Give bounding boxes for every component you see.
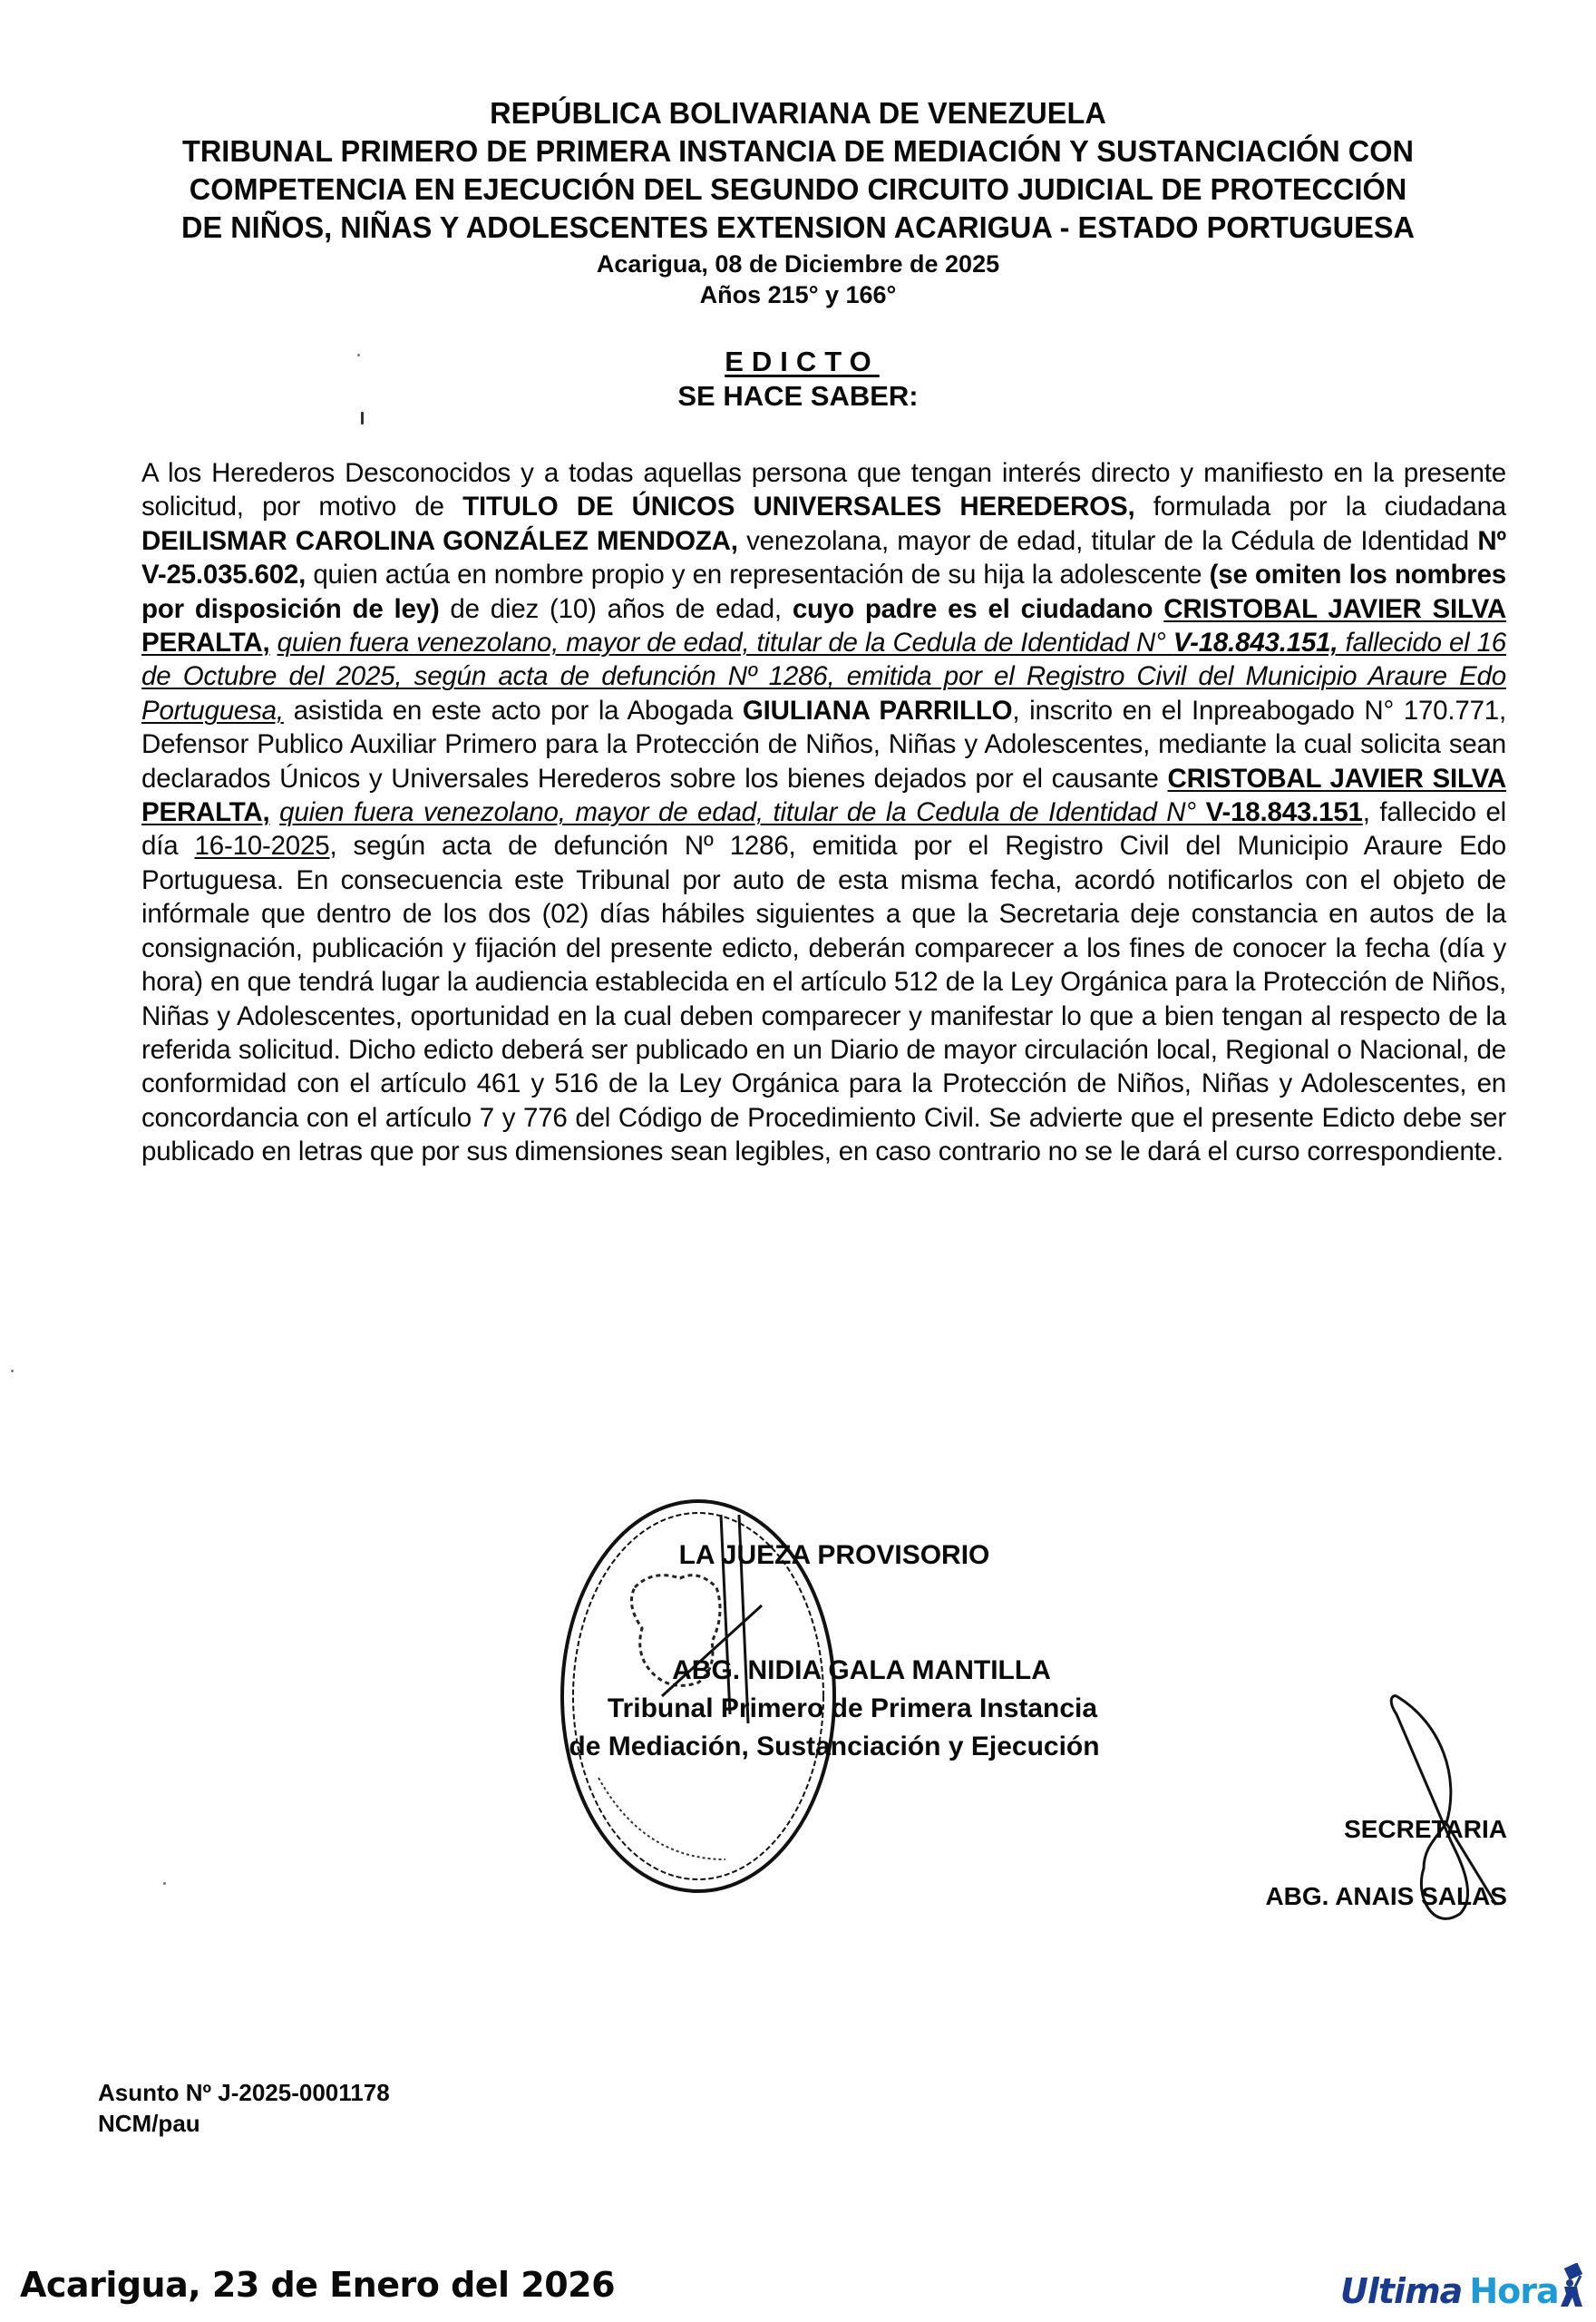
body-segment: de diez (10) años de edad, bbox=[440, 594, 793, 624]
edict-subtitle: SE HACE SABER: bbox=[0, 379, 1596, 414]
publication-date: Acarigua, 23 de Enero del 2026 bbox=[20, 2265, 615, 2305]
body-segment: asistida en este acto por la Abogada bbox=[284, 696, 743, 726]
ultima-hora-logo: Ultima Hora bbox=[1340, 2265, 1588, 2310]
edict-title: EDICTO bbox=[0, 345, 1596, 379]
secretary-role: SECRETARIA bbox=[1265, 1814, 1507, 1845]
logo-word-ultima: Ultima bbox=[1340, 2272, 1462, 2310]
secretary-block: SECRETARIA ABG. ANAIS SALAS bbox=[1265, 1814, 1507, 1912]
edict-heading: EDICTO SE HACE SABER: bbox=[0, 345, 1596, 414]
body-segment: TITULO DE ÚNICOS UNIVERSALES HEREDEROS, bbox=[462, 492, 1134, 522]
edict-document: REPÚBLICA BOLIVARIANA DE VENEZUELA TRIBU… bbox=[0, 0, 1596, 2322]
header-court-line-1: TRIBUNAL PRIMERO DE PRIMERA INSTANCIA DE… bbox=[102, 132, 1495, 171]
body-segment: quien actúa en nombre propio y en repres… bbox=[306, 560, 1209, 590]
judge-court-line-2: de Mediación, Sustanciación y Ejecución bbox=[0, 1730, 1596, 1764]
body-segment: V-18.843.151 bbox=[1206, 797, 1363, 827]
body-segment bbox=[1153, 594, 1163, 624]
secretary-name: ABG. ANAIS SALAS bbox=[1265, 1881, 1507, 1912]
body-segment: venezolana, mayor de edad, titular de la… bbox=[738, 526, 1478, 556]
judge-court-line-1: Tribunal Primero de Primera Instancia bbox=[0, 1692, 1596, 1726]
case-reference: Asunto Nº J-2025-0001178 NCM/pau bbox=[98, 2077, 390, 2139]
edict-body: A los Herederos Desconocidos y a todas a… bbox=[141, 456, 1506, 1169]
body-segment bbox=[270, 628, 277, 658]
body-segment: DEILISMAR CAROLINA GONZÁLEZ MENDOZA, bbox=[141, 526, 738, 556]
document-header: REPÚBLICA BOLIVARIANA DE VENEZUELA TRIBU… bbox=[91, 94, 1505, 310]
body-segment bbox=[270, 797, 280, 827]
body-segment: 16-10-2025 bbox=[195, 831, 330, 861]
scan-speck bbox=[163, 1882, 166, 1885]
body-segment: formulada por la ciudadana bbox=[1134, 492, 1506, 522]
body-segment: quien fuera venezolano, mayor de edad, t… bbox=[279, 797, 1205, 827]
header-country: REPÚBLICA BOLIVARIANA DE VENEZUELA bbox=[102, 94, 1495, 132]
body-segment: quien fuera venezolano, mayor de edad, t… bbox=[277, 628, 1173, 658]
header-court-line-3: DE NIÑOS, NIÑAS Y ADOLESCENTES EXTENSION… bbox=[102, 209, 1495, 247]
case-initials: NCM/pau bbox=[98, 2108, 390, 2139]
body-segment: , según acta de defunción Nº 1286, emiti… bbox=[141, 831, 1506, 1166]
body-segment: GIULIANA PARRILLO bbox=[743, 696, 1013, 726]
judge-name: ABG. NIDIA GALA MANTILLA bbox=[0, 1654, 1596, 1688]
header-date: Acarigua, 08 de Diciembre de 2025 bbox=[91, 249, 1505, 279]
header-years: Años 215° y 166° bbox=[91, 279, 1505, 310]
body-segment: V-18.843.151, bbox=[1173, 628, 1338, 658]
judge-title: LA JUEZA PROVISORIO bbox=[0, 1537, 1596, 1574]
body-segment: cuyo padre es el ciudadano bbox=[793, 594, 1153, 624]
case-number: Asunto Nº J-2025-0001178 bbox=[98, 2077, 390, 2108]
scan-speck bbox=[361, 412, 364, 424]
scan-speck bbox=[11, 1370, 14, 1372]
person-carrying-box-icon bbox=[1557, 2263, 1588, 2308]
header-court-line-2: COMPETENCIA EN EJECUCIÓN DEL SEGUNDO CIR… bbox=[102, 171, 1495, 209]
logo-word-hora: Hora bbox=[1469, 2272, 1558, 2310]
scan-speck bbox=[357, 354, 360, 356]
